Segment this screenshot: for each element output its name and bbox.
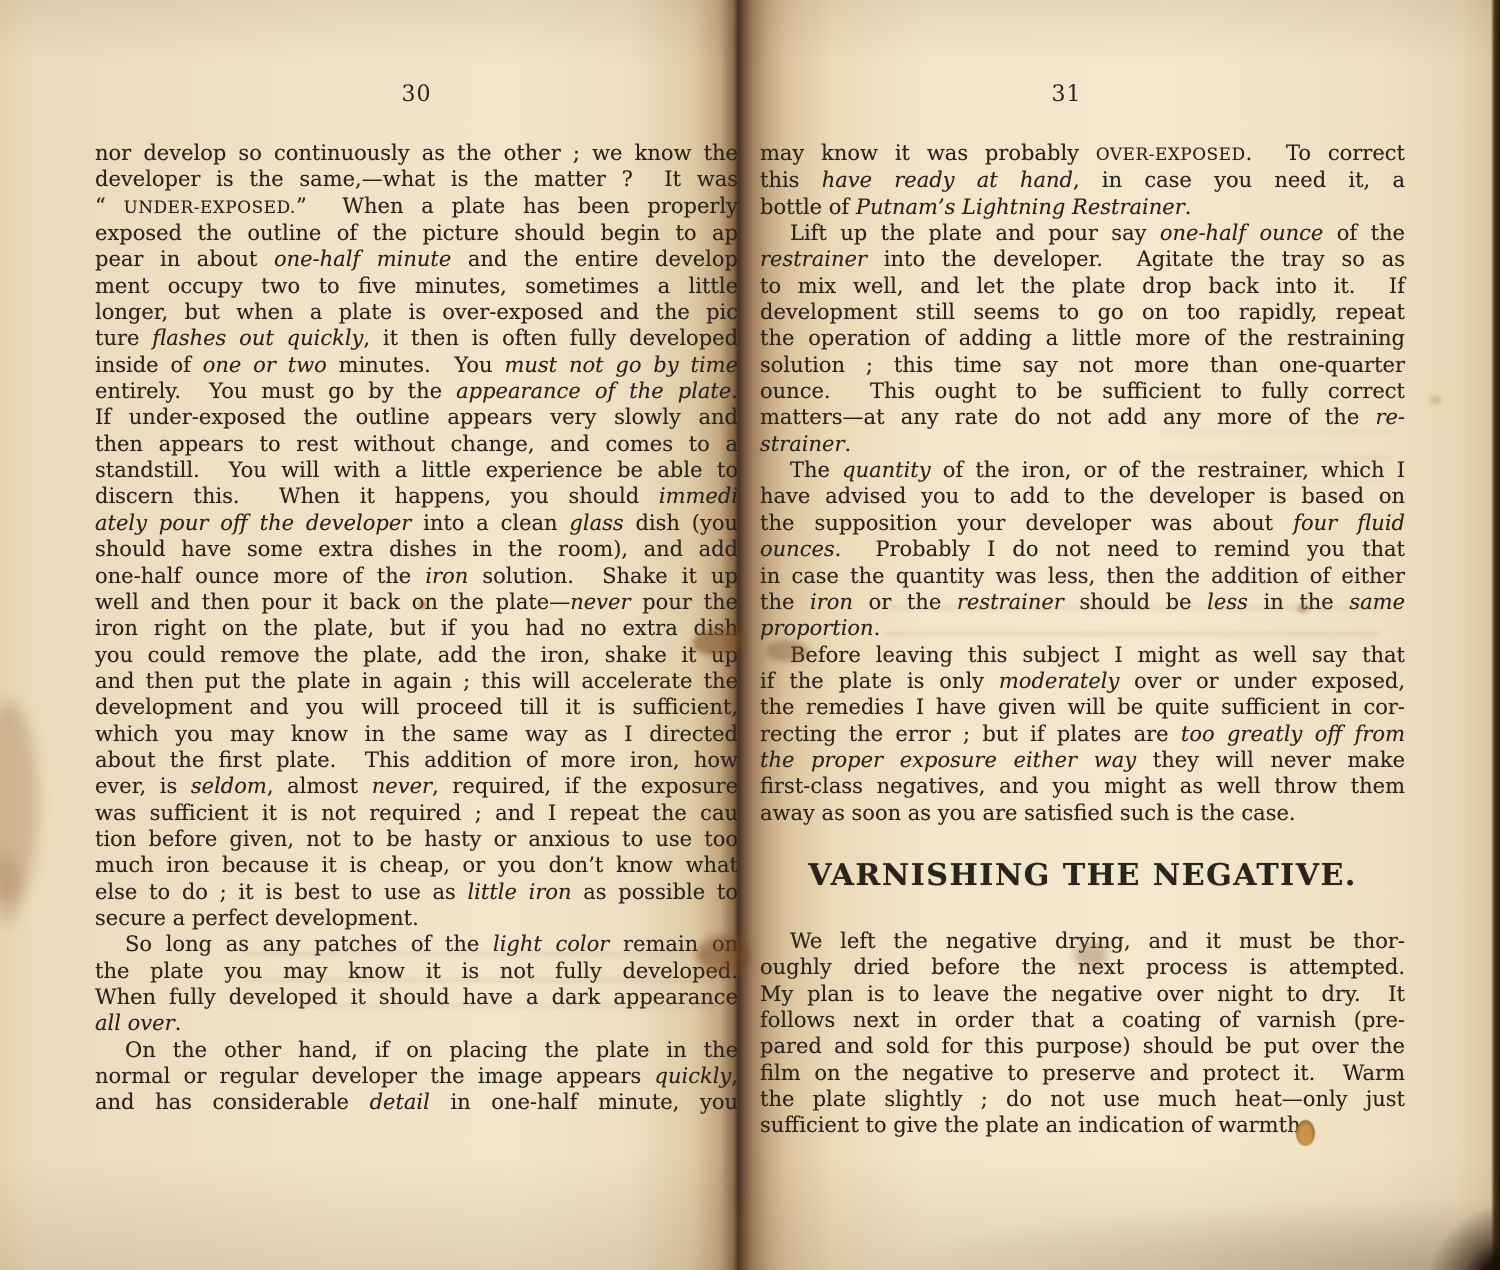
text-line: ounces. Probably I do not need to remind… bbox=[760, 536, 1405, 562]
text-line: development and you will proceed till it… bbox=[95, 694, 738, 720]
text-line: pear in about one-half minute and the en… bbox=[95, 246, 738, 272]
text-line: was sufficient it is not required ; and … bbox=[95, 800, 738, 826]
stain bbox=[0, 855, 22, 925]
text-line: oughly dried before the next process is … bbox=[760, 954, 1405, 980]
text-line: longer, but when a plate is over-exposed… bbox=[95, 299, 738, 325]
text-line: exposed the outline of the picture shoul… bbox=[95, 220, 738, 246]
text-line: secure a perfect development. bbox=[95, 905, 738, 931]
text-line: in case the quantity was less, then the … bbox=[760, 563, 1405, 589]
text-line: much iron because it is cheap, or you do… bbox=[95, 852, 738, 878]
text-line: nor develop so continuously as the other… bbox=[95, 140, 738, 166]
text-line: Before leaving this subject I might as w… bbox=[760, 642, 1405, 668]
section-heading: VARNISHING THE NEGATIVE. bbox=[760, 856, 1405, 896]
text-line: So long as any patches of the light colo… bbox=[95, 931, 738, 957]
text-line: you could remove the plate, add the iron… bbox=[95, 642, 738, 668]
text-line: proportion. bbox=[760, 615, 1405, 641]
text-line: this have ready at hand, in case you nee… bbox=[760, 167, 1405, 193]
text-line: sufficient to give the plate an indicati… bbox=[760, 1112, 1405, 1138]
text-line: first-class negatives, and you might as … bbox=[760, 773, 1405, 799]
text-line: ately pour off the developer into a clea… bbox=[95, 510, 738, 536]
stain bbox=[0, 700, 38, 905]
text-line: standstill. You will with a little exper… bbox=[95, 457, 738, 483]
text-line: the plate you may know it is not fully d… bbox=[95, 958, 738, 984]
text-line: may know it was probably OVER-EXPOSED. T… bbox=[760, 140, 1405, 167]
text-line: We left the negative drying, and it must… bbox=[760, 928, 1405, 954]
text-line: have advised you to add to the developer… bbox=[760, 483, 1405, 509]
text-line: inside of one or two minutes. You must n… bbox=[95, 352, 738, 378]
text-line: else to do ; it is best to use as little… bbox=[95, 879, 738, 905]
text-line: “ UNDER-EXPOSED.” When a plate has been … bbox=[95, 193, 738, 220]
text-line: follows next in order that a coating of … bbox=[760, 1007, 1405, 1033]
text-line: all over. bbox=[95, 1010, 738, 1036]
text-line: tion before given, not to be hasty or an… bbox=[95, 826, 738, 852]
text-line: which you may know in the same way as I … bbox=[95, 721, 738, 747]
text-line: strainer. bbox=[760, 431, 1405, 457]
book-spread-scan: 30 nor develop so continuously as the ot… bbox=[0, 0, 1500, 1270]
text-line: the supposition your developer was about… bbox=[760, 510, 1405, 536]
text-line: the plate slightly ; do not use much hea… bbox=[760, 1086, 1405, 1112]
text-line: ture flashes out quickly, it then is oft… bbox=[95, 325, 738, 351]
page-number-right: 31 bbox=[745, 82, 1388, 107]
text-line: ever, is seldom, almost never, required,… bbox=[95, 773, 738, 799]
text-line: and then put the plate in again ; this w… bbox=[95, 668, 738, 694]
text-line: the remedies I have given will be quite … bbox=[760, 694, 1405, 720]
stain bbox=[1430, 396, 1441, 404]
text-line: If under-exposed the outline appears ver… bbox=[95, 404, 738, 430]
text-line: then appears to rest without change, and… bbox=[95, 431, 738, 457]
page-31-text-top: may know it was probably OVER-EXPOSED. T… bbox=[760, 140, 1405, 826]
page-31-text-bottom: We left the negative drying, and it must… bbox=[760, 928, 1405, 1139]
text-line: ment occupy two to five minutes, sometim… bbox=[95, 273, 738, 299]
text-line: the iron or the restrainer should be les… bbox=[760, 589, 1405, 615]
text-line: the operation of adding a little more of… bbox=[760, 325, 1405, 351]
text-line: entirely. You must go by the appearance … bbox=[95, 378, 738, 404]
text-line: the proper exposure either way they will… bbox=[760, 747, 1405, 773]
text-line: restrainer into the developer. Agitate t… bbox=[760, 246, 1405, 272]
text-line: development still seems to go on too rap… bbox=[760, 299, 1405, 325]
text-line: My plan is to leave the negative over ni… bbox=[760, 981, 1405, 1007]
text-line: solution ; this time say not more than o… bbox=[760, 352, 1405, 378]
text-line: if the plate is only moderately over or … bbox=[760, 668, 1405, 694]
text-line: one-half ounce more of the iron solution… bbox=[95, 563, 738, 589]
text-line: bottle of Putnam’s Lightning Restrainer. bbox=[760, 194, 1405, 220]
text-line: normal or regular developer the image ap… bbox=[95, 1063, 738, 1089]
text-line: and has considerable detail in one-half … bbox=[95, 1089, 738, 1115]
text-line: When fully developed it should have a da… bbox=[95, 984, 738, 1010]
text-line: pared and sold for this purpose) should … bbox=[760, 1033, 1405, 1059]
text-line: On the other hand, if on placing the pla… bbox=[95, 1037, 738, 1063]
text-line: film on the negative to preserve and pro… bbox=[760, 1060, 1405, 1086]
text-line: ounce. This ought to be sufficient to fu… bbox=[760, 378, 1405, 404]
page-30-text: nor develop so continuously as the other… bbox=[95, 140, 738, 1116]
text-line: should have some extra dishes in the roo… bbox=[95, 536, 738, 562]
text-line: about the first plate. This addition of … bbox=[95, 747, 738, 773]
text-line: iron right on the plate, but if you had … bbox=[95, 615, 738, 641]
text-line: recting the error ; but if plates are to… bbox=[760, 721, 1405, 747]
page-31-column: may know it was probably OVER-EXPOSED. T… bbox=[760, 140, 1405, 1139]
text-line: developer is the same,—what is the matte… bbox=[95, 166, 738, 192]
text-line: well and then pour it back on the plate—… bbox=[95, 589, 738, 615]
text-line: away as soon as you are satisfied such i… bbox=[760, 800, 1405, 826]
text-line: Lift up the plate and pour say one-half … bbox=[760, 220, 1405, 246]
text-line: discern this. When it happens, you shoul… bbox=[95, 483, 738, 509]
text-line: to mix well, and let the plate drop back… bbox=[760, 273, 1405, 299]
page-number-left: 30 bbox=[95, 82, 738, 107]
text-line: matters—at any rate do not add any more … bbox=[760, 404, 1405, 430]
text-line: The quantity of the iron, or of the rest… bbox=[760, 457, 1405, 483]
